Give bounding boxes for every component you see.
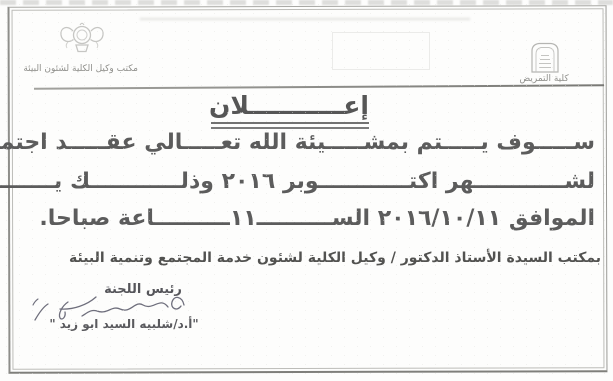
- title-double-underline: [211, 122, 369, 129]
- body-line-3: الموافق ٢٠١٦/١٠/١١ الســــــــــ١١ــــــ…: [39, 206, 595, 231]
- body-line-4-location: بمكتب السيدة الأستاذ الدكتور / وكيل الكل…: [69, 250, 601, 266]
- body-line-2: لشــــــــــــهر اكتــــــــــــوبر ٢٠١٦…: [0, 169, 595, 194]
- university-eagle-emblem-icon: [56, 18, 108, 64]
- scanned-announcement-page: مكتب وكيل الكلية لشئون البيئة كلية التمر…: [0, 0, 613, 381]
- announcement-title: إعـــــــــــلان: [203, 91, 375, 120]
- college-label: كلية التمريض: [508, 74, 580, 84]
- nursing-college-logo-icon: [527, 40, 563, 74]
- committee-chair-name: "أ.د/شلبيه السيد ابو زيد ": [44, 317, 204, 331]
- scan-smudge-top: [0, 0, 613, 5]
- body-line-1: ســـــوف يـــــتم بمشـــــيئة الله تعـــ…: [0, 130, 595, 155]
- office-label: مكتب وكيل الكلية لشئون البيئة: [28, 64, 138, 74]
